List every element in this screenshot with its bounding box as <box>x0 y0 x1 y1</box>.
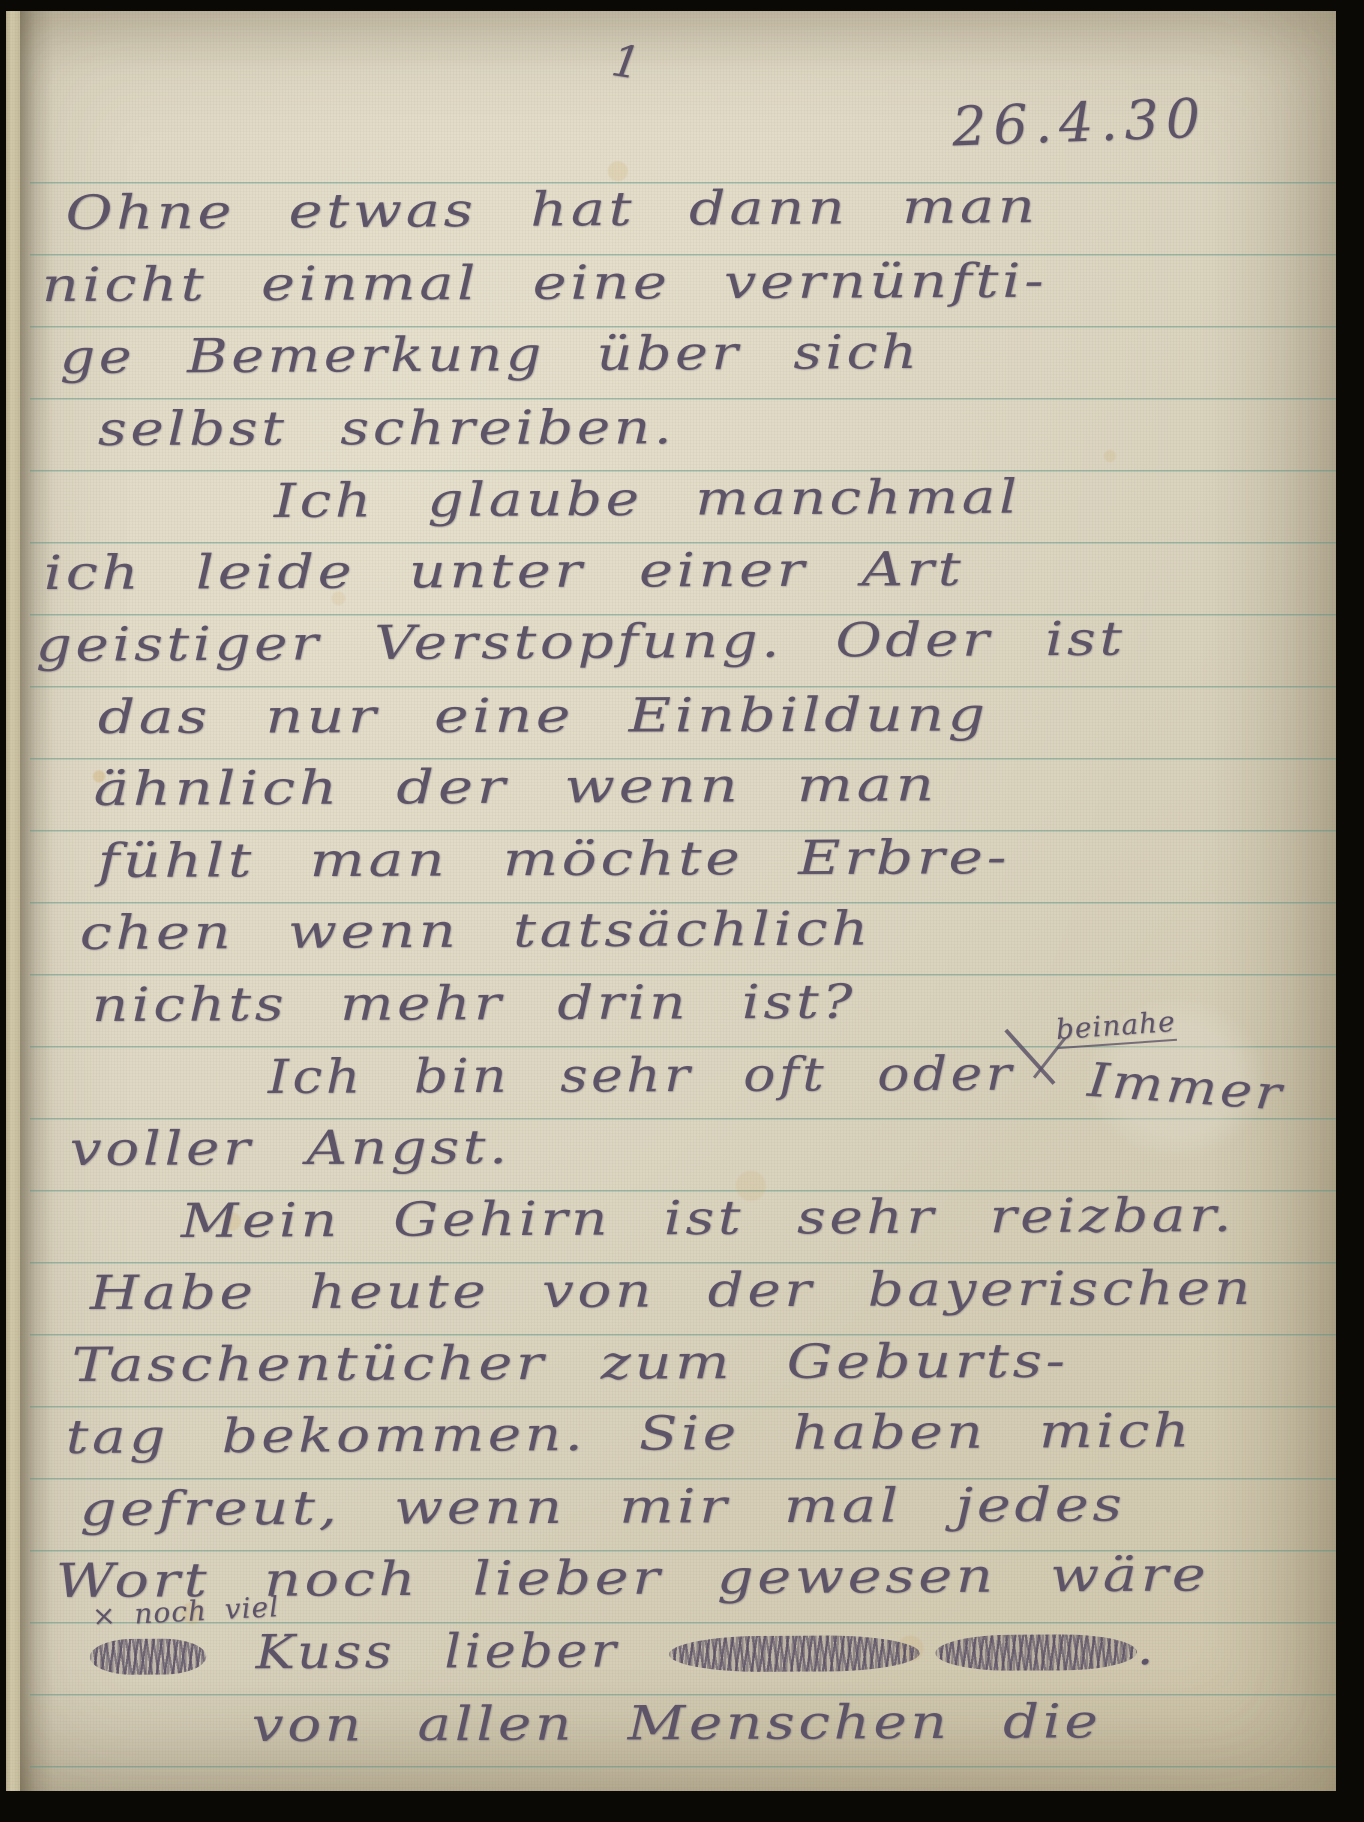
diary-photo: 1 26.4.30 Ohne etwas hat dann man nicht … <box>0 0 1364 1822</box>
manuscript-line: ich leide unter einer Art <box>44 533 965 611</box>
manuscript-line: von allen Menschen die <box>252 1685 1102 1763</box>
scribbled-out-words <box>668 1635 919 1672</box>
manuscript-line: Ich bin sehr oft oderImmer <box>268 1036 1286 1115</box>
manuscript-line: nichts mehr drin ist? <box>92 966 857 1043</box>
manuscript-line: nicht einmal eine vernünfti- <box>42 245 1048 323</box>
manuscript-line: das nur eine Einbildung <box>98 678 989 755</box>
manuscript-line: Taschentücher zum Geburts- <box>72 1325 1069 1403</box>
manuscript-line: Kuss lieber . <box>90 1612 1157 1691</box>
manuscript-line: Ohne etwas hat dann man <box>65 170 1039 251</box>
scribbled-out-word <box>90 1638 207 1675</box>
manuscript-line: geistiger Verstopfung. Oder ist <box>35 603 1126 683</box>
manuscript-line-continuation: Immer <box>1085 1044 1288 1132</box>
manuscript-line-text: Kuss lieber <box>255 1624 619 1681</box>
manuscript-line: selbst schreiben. <box>98 391 676 467</box>
manuscript-line: ge Bemerkung über sich <box>59 316 920 395</box>
manuscript-line: Mein Gehirn ist sehr reizbar. <box>180 1179 1235 1259</box>
manuscript-line: fühlt man möchte Erbre- <box>98 821 1011 899</box>
manuscript-line: voller Angst. <box>70 1111 511 1187</box>
manuscript-line: tag bekommen. Sie haben mich <box>65 1394 1193 1475</box>
manuscript-line: Habe heute von der bayerischen <box>90 1252 1254 1331</box>
manuscript-line: Ich glaube manchmal <box>273 461 1021 539</box>
scribbled-out-words <box>935 1634 1137 1671</box>
manuscript-line: gefreut, wenn mir mal jedes <box>80 1469 1126 1547</box>
manuscript-line-text: Ich bin sehr oft oder <box>268 1047 1015 1105</box>
line-suffix-period: . <box>1136 1621 1156 1676</box>
manuscript-line: ähnlich der wenn man <box>93 748 938 827</box>
insertion-caret-mark <box>994 1025 1074 1095</box>
entry-date: 26.4.30 <box>951 87 1208 159</box>
notebook-page: 1 26.4.30 Ohne etwas hat dann man nicht … <box>6 11 1336 1791</box>
manuscript-line: chen wenn tatsächlich <box>79 892 872 971</box>
